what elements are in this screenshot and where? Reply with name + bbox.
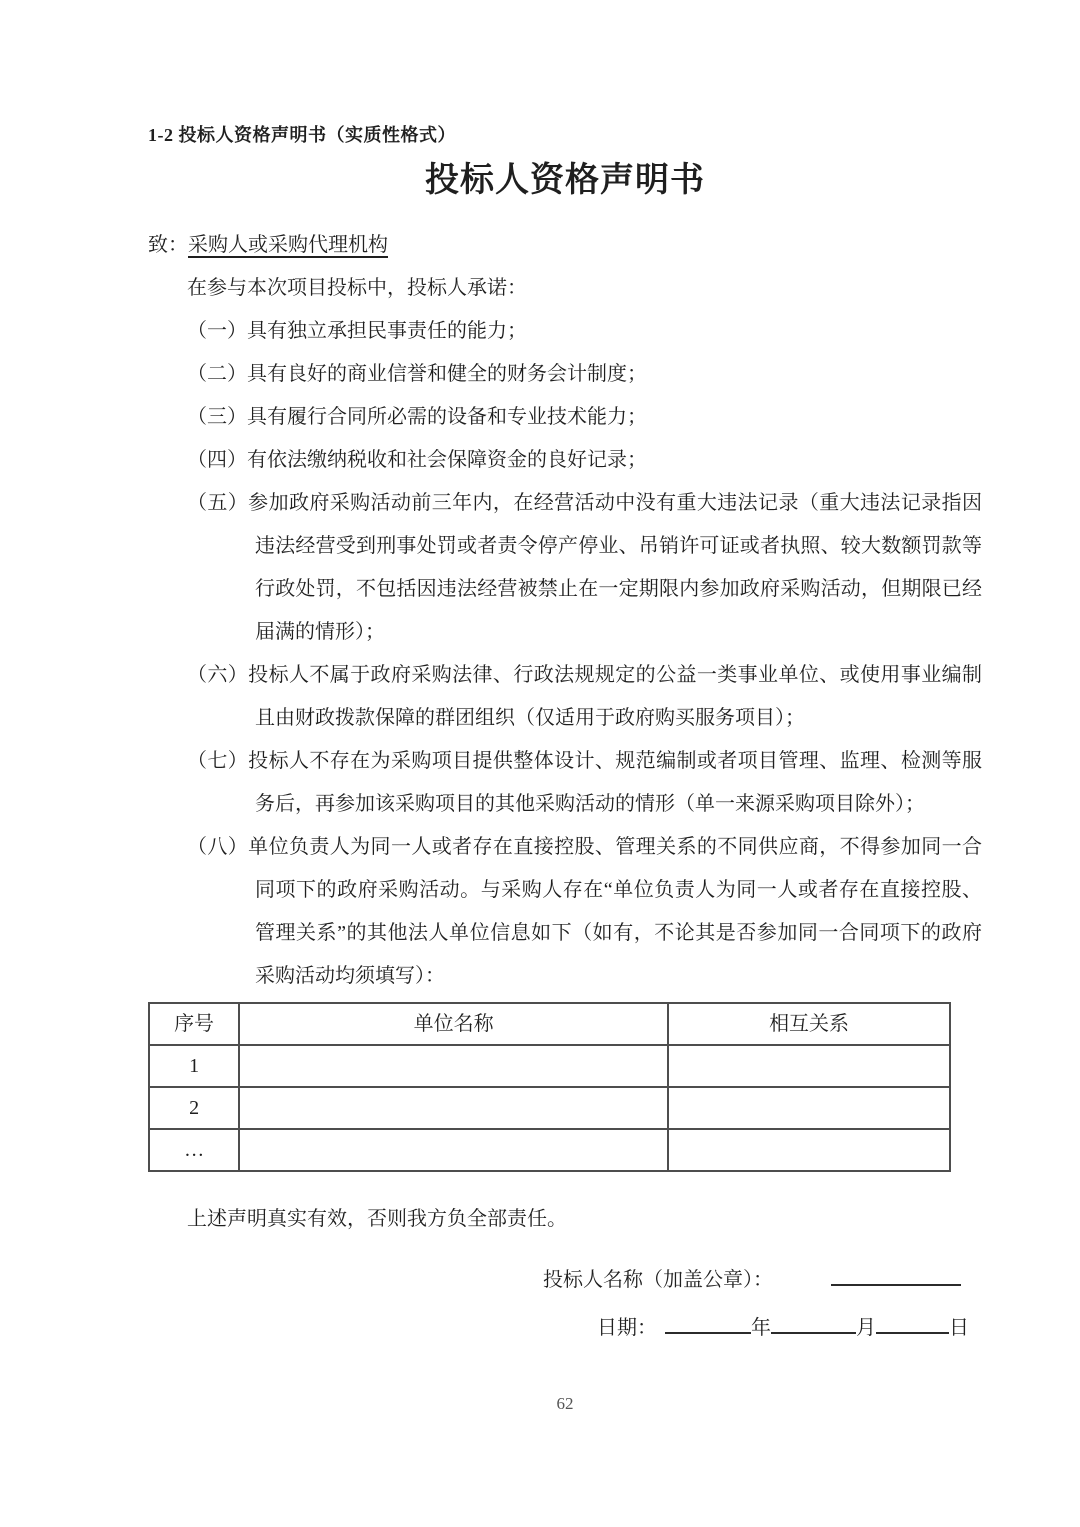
relation-cell bbox=[668, 1129, 950, 1171]
intro-paragraph: 在参与本次项目投标中，投标人承诺： bbox=[148, 267, 982, 310]
declaration-item-2: （二）具有良好的商业信誉和健全的财务会计制度； bbox=[148, 353, 982, 396]
section-label: 1-2 投标人资格声明书（实质性格式） bbox=[148, 124, 982, 146]
declaration-item-3: （三）具有履行合同所必需的设备和专业技术能力； bbox=[148, 396, 982, 439]
table-header-row: 序号 单位名称 相互关系 bbox=[149, 1003, 950, 1045]
row-number-cell: 2 bbox=[149, 1087, 239, 1129]
declaration-item-5: （五）参加政府采购活动前三年内，在经营活动中没有重大违法记录（重大违法记录指因违… bbox=[148, 482, 982, 654]
table-header-相互关系: 相互关系 bbox=[668, 1003, 950, 1045]
bidder-name-blank-line bbox=[831, 1262, 961, 1286]
table-header-单位名称: 单位名称 bbox=[239, 1003, 668, 1045]
document-title: 投标人资格声明书 bbox=[148, 158, 982, 204]
declaration-item-4: （四）有依法缴纳税收和社会保障资金的良好记录； bbox=[148, 439, 982, 482]
day-suffix: 日 bbox=[949, 1317, 969, 1339]
date-label: 日期： bbox=[597, 1317, 657, 1339]
declaration-item-1: （一）具有独立承担民事责任的能力； bbox=[148, 310, 982, 353]
bidder-name-line: 投标人名称（加盖公章）： bbox=[148, 1259, 982, 1302]
year-suffix: 年 bbox=[751, 1317, 771, 1339]
declaration-item-7: （七）投标人不存在为采购项目提供整体设计、规范编制或者项目管理、监理、检测等服务… bbox=[148, 740, 982, 826]
salutation-line: 致：采购人或采购代理机构 bbox=[148, 224, 982, 267]
row-number-cell: … bbox=[149, 1129, 239, 1171]
table-row: 1 bbox=[149, 1045, 950, 1087]
row-number-cell: 1 bbox=[149, 1045, 239, 1087]
table-row: … bbox=[149, 1129, 950, 1171]
date-month-blank bbox=[771, 1310, 856, 1334]
table-row: 2 bbox=[149, 1087, 950, 1129]
unit-name-cell bbox=[239, 1045, 668, 1087]
bidder-name-label: 投标人名称（加盖公章）： bbox=[543, 1269, 773, 1291]
declaration-item-8: （八）单位负责人为同一人或者存在直接控股、管理关系的不同供应商，不得参加同一合同… bbox=[148, 826, 982, 998]
date-year-blank bbox=[665, 1310, 751, 1334]
closing-statement: 上述声明真实有效，否则我方负全部责任。 bbox=[148, 1198, 982, 1241]
related-entities-table: 序号 单位名称 相互关系 1 2 … bbox=[148, 1002, 951, 1172]
salutation-recipient-underlined: 采购人或采购代理机构 bbox=[188, 234, 388, 256]
salutation-prefix: 致： bbox=[148, 234, 188, 256]
relation-cell bbox=[668, 1045, 950, 1087]
document-page: 1-2 投标人资格声明书（实质性格式） 投标人资格声明书 致：采购人或采购代理机… bbox=[0, 0, 1080, 1527]
declaration-body: 致：采购人或采购代理机构 在参与本次项目投标中，投标人承诺： （一）具有独立承担… bbox=[148, 224, 982, 998]
unit-name-cell bbox=[239, 1129, 668, 1171]
table-header-序号: 序号 bbox=[149, 1003, 239, 1045]
month-suffix: 月 bbox=[856, 1317, 876, 1339]
unit-name-cell bbox=[239, 1087, 668, 1129]
date-line: 日期：年月日 bbox=[148, 1307, 982, 1350]
page-number: 62 bbox=[148, 1394, 982, 1414]
relation-cell bbox=[668, 1087, 950, 1129]
date-day-blank bbox=[876, 1310, 949, 1334]
declaration-item-6: （六）投标人不属于政府采购法律、行政法规规定的公益一类事业单位、或使用事业编制且… bbox=[148, 654, 982, 740]
